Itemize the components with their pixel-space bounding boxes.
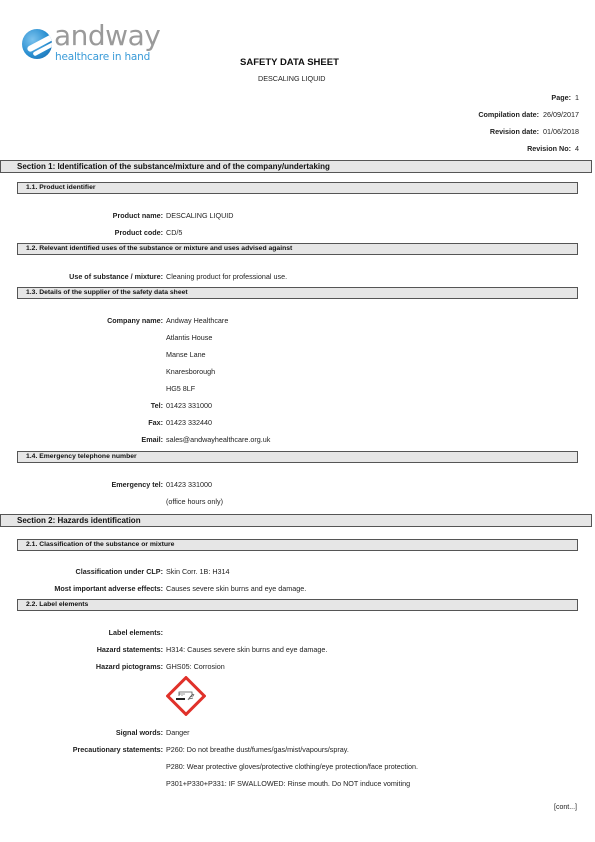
field-row: Classification under CLP: Skin Corr. 1B:… [0, 567, 595, 579]
company-logo: andway healthcare in hand [22, 25, 157, 73]
field-row: Hazard pictograms: GHS05: Corrosion [0, 662, 595, 674]
field-value: Atlantis House [166, 333, 212, 342]
subsection-2-1-header: 2.1. Classification of the substance or … [17, 539, 578, 551]
field-label: Classification under CLP: [76, 567, 163, 576]
meta-page: Page:1 [359, 93, 579, 102]
field-row: (office hours only) [0, 497, 595, 509]
field-row: Most important adverse effects: Causes s… [0, 584, 595, 596]
field-row: Fax: 01423 332440 [0, 418, 595, 430]
meta-revision-no: Revision No:4 [359, 144, 579, 153]
field-row: Product name: DESCALING LIQUID [0, 211, 595, 223]
field-label: Company name: [107, 316, 163, 325]
document-title: SAFETY DATA SHEET [240, 57, 339, 68]
field-row: Company name: Andway Healthcare [0, 316, 595, 328]
field-value: 01423 331000 [166, 401, 212, 410]
field-value: 01423 331000 [166, 480, 212, 489]
subsection-2-2-header: 2.2. Label elements [17, 599, 578, 611]
field-label: Hazard statements: [97, 645, 163, 654]
field-row: P280: Wear protective gloves/protective … [0, 762, 595, 774]
meta-label: Compilation date: [478, 110, 539, 119]
product-subtitle: DESCALING LIQUID [258, 74, 326, 83]
continued-marker: [cont...] [554, 804, 577, 811]
field-row: Product code: CD/5 [0, 228, 595, 240]
field-label: Product code: [115, 228, 163, 237]
field-value: HG5 8LF [166, 384, 195, 393]
ghs05-corrosion-icon [166, 676, 206, 716]
meta-label: Page: [551, 93, 571, 102]
field-value: Manse Lane [166, 350, 206, 359]
field-value: Cleaning product for professional use. [166, 272, 287, 281]
field-value: P280: Wear protective gloves/protective … [166, 762, 418, 771]
email-link[interactable]: sales@andwayhealthcare.org.uk [166, 435, 270, 444]
field-row: P301+P330+P331: IF SWALLOWED: Rinse mout… [0, 779, 595, 791]
field-row: Label elements: [0, 628, 595, 640]
field-row: Hazard statements: H314: Causes severe s… [0, 645, 595, 657]
logo-tagline: healthcare in hand [55, 51, 150, 63]
field-row: Atlantis House [0, 333, 595, 345]
field-value: DESCALING LIQUID [166, 211, 234, 220]
field-value: Andway Healthcare [166, 316, 228, 325]
subsection-1-3-header: 1.3. Details of the supplier of the safe… [17, 287, 578, 299]
subsection-1-4-header: 1.4. Emergency telephone number [17, 451, 578, 463]
field-label: Signal words: [116, 728, 163, 737]
meta-value: 01/06/2018 [543, 127, 579, 136]
field-value: H314: Causes severe skin burns and eye d… [166, 645, 327, 654]
field-label: Label elements: [109, 628, 163, 637]
meta-value: 4 [575, 144, 579, 153]
field-row: HG5 8LF [0, 384, 595, 396]
section-1-header: Section 1: Identification of the substan… [0, 160, 592, 173]
field-row: Emergency tel: 01423 331000 [0, 480, 595, 492]
field-row: Use of substance / mixture: Cleaning pro… [0, 272, 595, 284]
field-value: Knaresborough [166, 367, 215, 376]
meta-value: 1 [575, 93, 579, 102]
meta-revision-date: Revision date:01/06/2018 [359, 127, 579, 136]
field-value: 01423 332440 [166, 418, 212, 427]
field-value: GHS05: Corrosion [166, 662, 225, 671]
field-value: Skin Corr. 1B: H314 [166, 567, 230, 576]
field-row: Precautionary statements: P260: Do not b… [0, 745, 595, 757]
field-label: Precautionary statements: [73, 745, 163, 754]
field-row: Manse Lane [0, 350, 595, 362]
meta-label: Revision No: [527, 144, 571, 153]
field-row: Email: sales@andwayhealthcare.org.uk [0, 435, 595, 447]
field-row: Tel: 01423 331000 [0, 401, 595, 413]
subsection-1-2-header: 1.2. Relevant identified uses of the sub… [17, 243, 578, 255]
field-label: Fax: [148, 418, 163, 427]
field-label: Use of substance / mixture: [69, 272, 163, 281]
field-value: (office hours only) [166, 497, 223, 506]
field-value: CD/5 [166, 228, 182, 237]
field-value: P260: Do not breathe dust/fumes/gas/mist… [166, 745, 349, 754]
field-label: Emergency tel: [111, 480, 163, 489]
field-row: Knaresborough [0, 367, 595, 379]
section-2-header: Section 2: Hazards identification [0, 514, 592, 527]
meta-label: Revision date: [490, 127, 539, 136]
meta-compilation-date: Compilation date:26/09/2017 [359, 110, 579, 119]
field-label: Email: [141, 435, 163, 444]
subsection-1-1-header: 1.1. Product identifier [17, 182, 578, 194]
field-label: Most important adverse effects: [54, 584, 163, 593]
logo-name: andway [54, 19, 160, 52]
field-value: Danger [166, 728, 190, 737]
field-value: P301+P330+P331: IF SWALLOWED: Rinse mout… [166, 779, 410, 788]
field-value: Causes severe skin burns and eye damage. [166, 584, 306, 593]
meta-value: 26/09/2017 [543, 110, 579, 119]
field-label: Hazard pictograms: [96, 662, 163, 671]
field-label: Tel: [151, 401, 163, 410]
field-row: Signal words: Danger [0, 728, 595, 740]
logo-swoosh-icon [22, 29, 52, 59]
field-label: Product name: [113, 211, 163, 220]
